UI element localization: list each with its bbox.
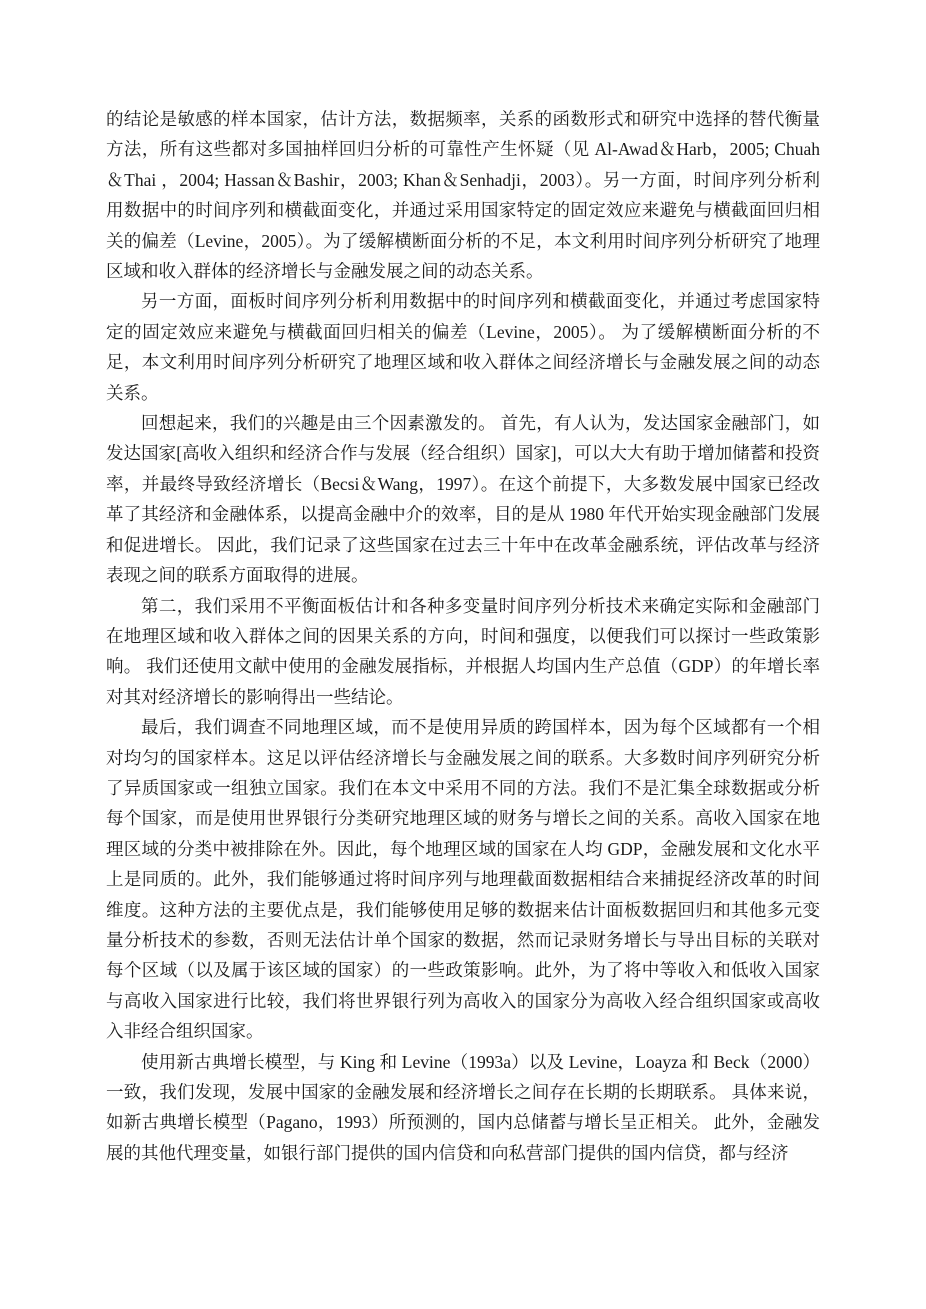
paragraph-2: 另一方面，面板时间序列分析利用数据中的时间序列和横截面变化，并通过考虑国家特定的… <box>106 286 820 408</box>
document-body: 的结论是敏感的样本国家，估计方法，数据频率，关系的函数形式和研究中选择的替代衡量… <box>106 104 820 1168</box>
paragraph-4: 第二，我们采用不平衡面板估计和各种多变量时间序列分析技术来确定实际和金融部门在地… <box>106 591 820 713</box>
paragraph-6: 使用新古典增长模型，与 King 和 Levine（1993a）以及 Levin… <box>106 1047 820 1169</box>
document-page: 的结论是敏感的样本国家，估计方法，数据频率，关系的函数形式和研究中选择的替代衡量… <box>0 0 926 1309</box>
paragraph-1: 的结论是敏感的样本国家，估计方法，数据频率，关系的函数形式和研究中选择的替代衡量… <box>106 104 820 286</box>
paragraph-5: 最后，我们调查不同地理区域，而不是使用异质的跨国样本，因为每个区域都有一个相对均… <box>106 712 820 1046</box>
paragraph-3: 回想起来，我们的兴趣是由三个因素激发的。 首先，有人认为，发达国家金融部门，如发… <box>106 408 820 590</box>
